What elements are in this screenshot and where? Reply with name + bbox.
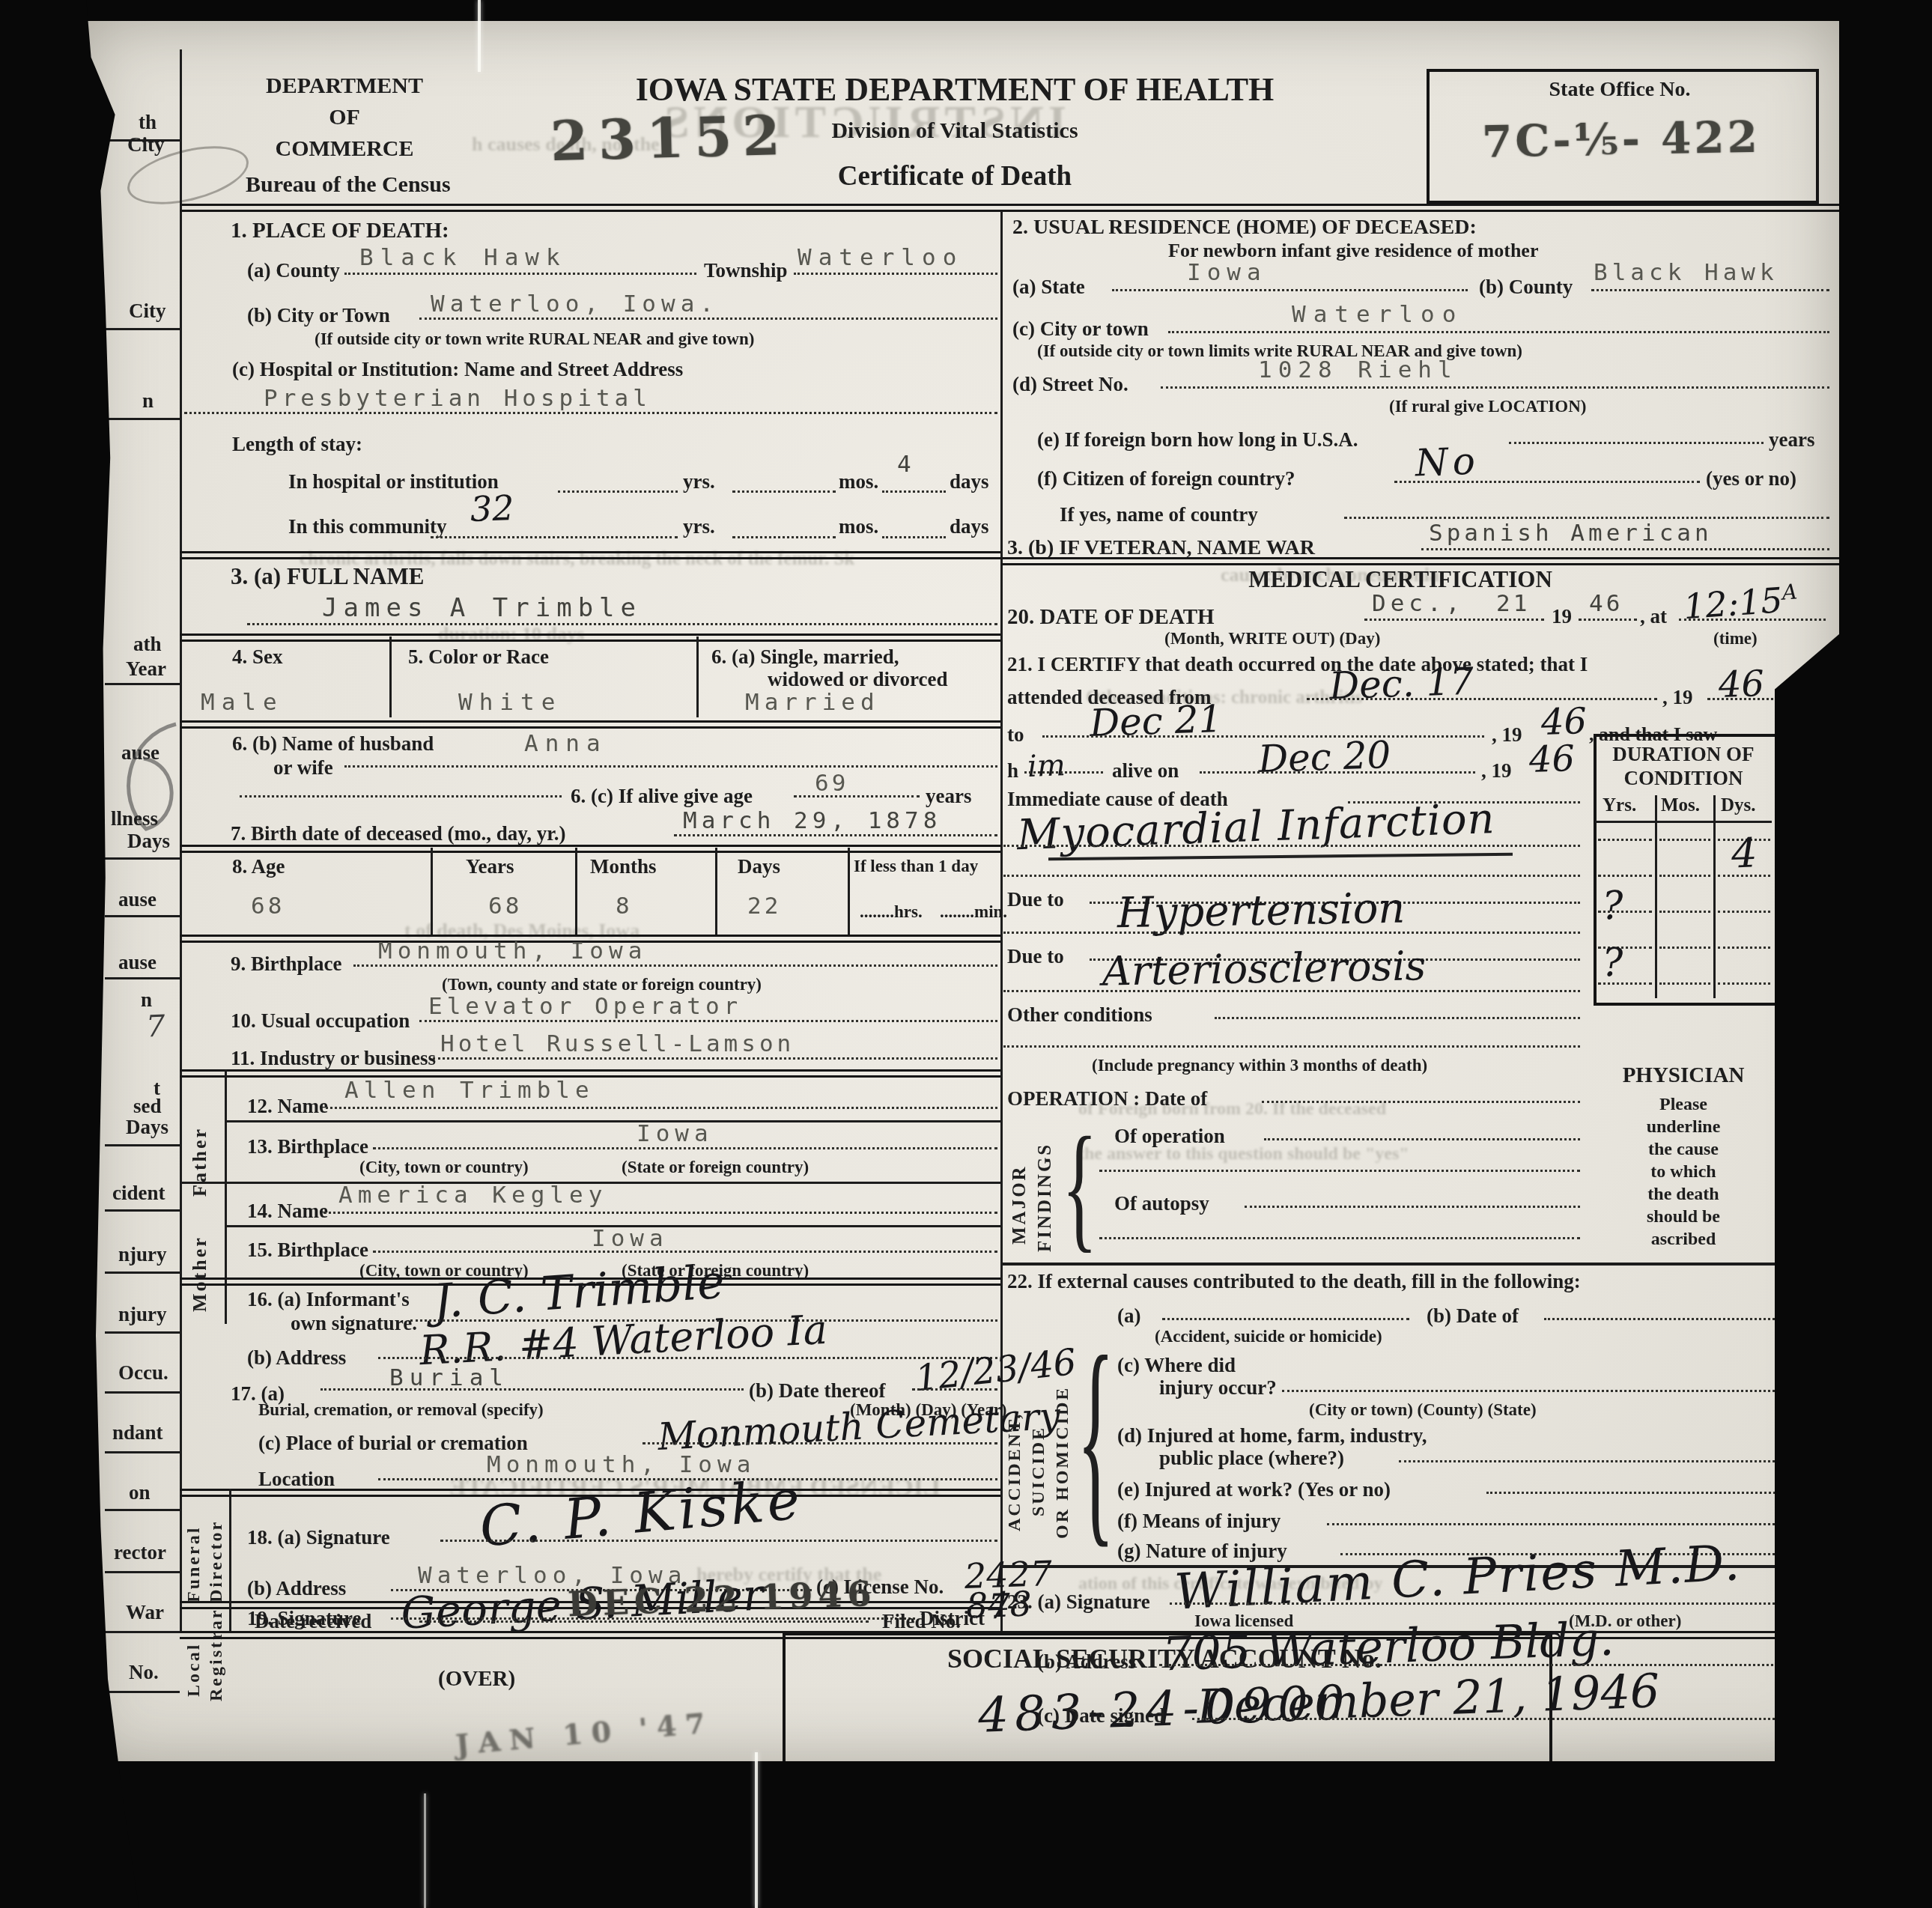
leader-line [321, 1388, 744, 1391]
alive-year: 46 [1528, 738, 1576, 781]
dept-of-commerce: DEPARTMENT [247, 73, 442, 99]
physician-signature-label: 23. (a) Signature [1007, 1590, 1150, 1614]
at-label: , at [1640, 605, 1667, 628]
leader-line [1170, 1602, 1829, 1605]
external-causes-title: 22. If external causes contributed to th… [1007, 1270, 1581, 1293]
dod-month-value: Dec., [1372, 590, 1464, 617]
marital-label: widowed or divorced [768, 668, 948, 691]
leader-line [419, 1620, 869, 1623]
dept-of-commerce: COMMERCE [247, 136, 442, 162]
due-to-1-value: Hypertension [1117, 884, 1405, 938]
injured-at-work-label: (e) Injured at work? (Yes or no) [1117, 1478, 1391, 1501]
time-note: (time) [1713, 629, 1758, 648]
page-subtitle: Division of Vital Statistics [614, 118, 1295, 144]
physician-note-line: ascribed [1594, 1230, 1773, 1250]
leader-line [431, 536, 678, 538]
mos-header: Mos. [1661, 795, 1700, 816]
county-value: Black Hawk [359, 244, 567, 271]
leader-line [1598, 875, 1652, 877]
alive-on-value: Dec 20 [1257, 733, 1391, 781]
mother-birthplace-value: Iowa [592, 1225, 669, 1252]
stub-fragment: City [129, 300, 166, 323]
stub-fragment: ause [118, 951, 157, 974]
stub-fragment: Days [127, 830, 170, 853]
father-section-label: Father [189, 1084, 211, 1197]
leader-line [1003, 1045, 1580, 1048]
industry-value: Hotel Russell-Lamson [440, 1030, 795, 1057]
stub-fragment: ause [118, 888, 157, 911]
him-value: im [1027, 748, 1066, 784]
physician-note-line: underline [1594, 1117, 1773, 1137]
alive-on-label: alive on [1112, 759, 1179, 783]
leader-line [882, 490, 946, 493]
rule [105, 1144, 180, 1146]
place-of-death-title: 1. PLACE OF DEATH: [231, 219, 449, 243]
leader-line [1659, 982, 1710, 985]
physician-title: PHYSICIAN [1594, 1063, 1773, 1088]
funeral-director-section-label: Funeral [184, 1498, 204, 1602]
stub-fragment: on [129, 1481, 151, 1504]
informant-address-label: (b) Address [247, 1346, 346, 1370]
state-value: Iowa [1187, 259, 1267, 286]
attended-from-value: Dec. 17 [1328, 660, 1474, 708]
fd-address-label: (b) Address [247, 1577, 346, 1600]
scanned-death-certificate: INSTRUCTIONS h causes death, not the chr… [0, 0, 1932, 1908]
operation-label: OPERATION : Date of [1007, 1087, 1207, 1111]
section-rule [180, 551, 1000, 559]
father-name-value: Allen Trimble [344, 1077, 595, 1104]
leader-line [558, 490, 678, 493]
informant-label: own signature. [291, 1312, 417, 1335]
leader-line [1659, 947, 1710, 949]
leader-line [1264, 1138, 1580, 1140]
stub-fragment: th [139, 111, 157, 134]
leader-line [1003, 845, 1580, 847]
physician-note-line: Please [1594, 1095, 1773, 1115]
physician-note-line: the cause [1594, 1140, 1773, 1160]
yrs-header: Yrs. [1603, 795, 1636, 816]
burial-spec-note: Burial, cremation, or removal (specify) [258, 1400, 544, 1420]
of-operation-label: Of operation [1114, 1125, 1225, 1148]
dept-of-commerce: OF [247, 105, 442, 130]
days-label: days [950, 515, 989, 538]
mos-label: mos. [839, 515, 878, 538]
hospital-value: Presbyterian Hospital [264, 385, 651, 412]
stub-fragment: sed [133, 1095, 162, 1118]
residence-title: 2. USUAL RESIDENCE (HOME) OF DECEASED: [1012, 216, 1477, 240]
stub-fragment: Year [126, 657, 166, 681]
age-years-value: 68 [488, 893, 522, 920]
birth-date-value: March 29, 1878 [683, 807, 941, 834]
due2-duration-mark: ? [1602, 941, 1624, 986]
stub-fragment: rector [114, 1541, 166, 1564]
leader-line [1192, 1718, 1829, 1720]
leader-line [1718, 911, 1770, 913]
header-rule [180, 204, 1841, 212]
rule [105, 977, 180, 979]
res-city-label: (c) City or town [1012, 318, 1149, 341]
leader-line [326, 1107, 997, 1109]
rule [105, 418, 180, 420]
hrs-label: ........hrs. [860, 902, 923, 922]
document-title: Certificate of Death [614, 160, 1295, 192]
local-registrar-section-label: Local [184, 1607, 204, 1697]
physician-note-line: to which [1594, 1162, 1773, 1182]
marital-value: Married [745, 689, 880, 716]
city-or-town-value: Waterloo, Iowa. [431, 291, 719, 318]
leader-line [1159, 1664, 1829, 1666]
in-community-label: In this community [288, 515, 447, 538]
pregnancy-note: (Include pregnancy within 3 months of de… [1092, 1056, 1427, 1075]
date-signed-label: (c) Date signed [1037, 1704, 1165, 1728]
attended-to-year: 46 [1540, 700, 1588, 744]
street-label: (d) Street No. [1012, 373, 1128, 396]
years-suffix: years [1769, 428, 1814, 452]
leader-line [353, 964, 997, 967]
leader-line [1262, 1101, 1580, 1103]
leader-line [732, 536, 836, 538]
dys-header: Dys. [1721, 795, 1756, 816]
rule [105, 139, 180, 142]
field-divider [696, 636, 699, 717]
other-conditions-label: Other conditions [1007, 1003, 1152, 1027]
leader-line [1679, 619, 1826, 621]
physician-note-line: the death [1594, 1185, 1773, 1205]
rule [105, 328, 180, 330]
rule [105, 1509, 180, 1511]
marital-label: 6. (a) Single, married, [711, 645, 899, 669]
mos-label: mos. [839, 470, 878, 493]
birthplace-note: (State or foreign country) [622, 1158, 809, 1177]
leader-line [1718, 982, 1770, 985]
due-to-label: Due to [1007, 888, 1064, 911]
section-rule [1000, 557, 1841, 565]
stub-fragment: ath [133, 633, 162, 656]
leader-line [643, 1442, 997, 1444]
leader-line [674, 834, 997, 836]
stub-fragment: cident [112, 1182, 165, 1205]
leader-line [732, 490, 836, 493]
duration-col-line [1655, 795, 1657, 998]
leader-line [1718, 947, 1770, 949]
h-label: h [1007, 759, 1018, 783]
due1-duration-mark: ? [1602, 884, 1624, 929]
spouse-age-value: 69 [815, 770, 848, 797]
occupation-value: Elevator Operator [428, 993, 742, 1020]
field-divider [229, 1489, 231, 1601]
leader-line [1659, 875, 1710, 877]
veteran-war-value: Spanish American [1429, 520, 1713, 547]
city-or-town-label: (b) City or Town [247, 304, 390, 327]
time-am-sup: A [1781, 579, 1798, 604]
leader-line [1344, 517, 1829, 519]
accident-section-label: SUICIDE [1029, 1329, 1049, 1516]
township-value: Waterloo [798, 244, 963, 271]
film-margin-top [0, 0, 1932, 21]
burial-location-label: Location [258, 1468, 335, 1491]
where-injury-label: (c) Where did [1117, 1354, 1236, 1377]
leader-line [240, 795, 562, 797]
leader-line [1307, 698, 1657, 700]
field-divider [848, 848, 850, 936]
form-left-border [180, 49, 182, 1632]
street-value: 1028 Riehl [1258, 356, 1458, 383]
certify-text: 21. I CERTIFY that death occurred on the… [1007, 653, 1588, 676]
industry-label: 11. Industry or business [231, 1047, 436, 1070]
leader-line [1003, 875, 1580, 877]
due-to-2-value: Arteriosclerosis [1102, 942, 1426, 995]
leader-line [1161, 386, 1829, 389]
in-hospital-label: In hospital or institution [288, 470, 499, 493]
section-rule [180, 634, 1000, 642]
leader-line [1003, 990, 1580, 992]
days-label: days [950, 470, 989, 493]
medical-cert-title: MEDICAL CERTIFICATION [1063, 566, 1737, 593]
field-divider [225, 1182, 227, 1324]
age-value: 68 [251, 893, 285, 920]
yrs-label: yrs. [683, 470, 715, 493]
filed-no-label: Filed No. [882, 1610, 961, 1633]
field-divider [715, 848, 717, 936]
leader-line [1112, 289, 1468, 291]
injured-at-home-label: public place (where?) [1159, 1447, 1344, 1470]
attended-to-value: Dec 21 [1089, 697, 1223, 745]
local-registrar-section-label: Registrar [207, 1604, 227, 1701]
leader-line [1003, 932, 1580, 934]
if-alive-age-label: 6. (c) If alive give age [571, 785, 753, 808]
age-months-value: 8 [616, 893, 633, 920]
accident-section-label: ACCIDENT, [1005, 1314, 1025, 1531]
state-office-no-label: State Office No. [1427, 78, 1813, 102]
leader-line [794, 273, 997, 275]
spouse-label: 6. (b) Name of husband [232, 732, 434, 756]
date-received-label2: Date received [255, 1610, 371, 1633]
leader-line [912, 1388, 997, 1391]
leader-line [184, 412, 997, 414]
duration-col-line [1713, 795, 1716, 998]
rule [105, 1571, 180, 1573]
age-months-header: Months [590, 855, 657, 878]
over-label: (OVER) [438, 1667, 515, 1692]
rural-location-note: (If rural give LOCATION) [1389, 397, 1586, 416]
stub-fragment: City [127, 133, 165, 157]
rule [105, 1209, 180, 1212]
leader-line [1598, 839, 1652, 841]
rule [105, 857, 180, 860]
rule [105, 1391, 180, 1394]
leader-line [419, 318, 997, 320]
citizen-label: (f) Citizen of foreign country? [1037, 467, 1295, 490]
full-name-label: 3. (a) FULL NAME [231, 563, 424, 590]
due-to-label: Due to [1007, 945, 1064, 968]
hospital-label: (c) Hospital or Institution: Name and St… [232, 358, 683, 381]
of-autopsy-label: Of autopsy [1114, 1192, 1209, 1215]
res-city-value: Waterloo [1292, 301, 1463, 328]
community-years-value: 32 [470, 487, 514, 529]
birth-date-label: 7. Birth date of deceased (mo., day, yr.… [231, 822, 565, 845]
leader-line [1659, 839, 1710, 841]
stub-fragment: njury [118, 1303, 167, 1326]
mother-birthplace-label: 15. Birthplace [247, 1239, 368, 1262]
city-county-state-note: (City or town) (County) (State) [1309, 1400, 1537, 1420]
citizen-value: No [1415, 440, 1480, 485]
rule [1000, 1263, 1841, 1266]
leader-line [1421, 548, 1829, 550]
accident-a-label: (a) [1117, 1304, 1140, 1328]
findings-brace: { [1062, 1107, 1098, 1269]
state-office-no-value: 7C-⅕- 422 [1441, 111, 1801, 168]
nineteen-label: 19 [1552, 605, 1572, 628]
race-value: White [458, 689, 562, 716]
res-county-value: Black Hawk [1594, 259, 1778, 286]
rule [105, 1451, 180, 1453]
duration-title: CONDITION [1594, 767, 1773, 790]
page-title: IOWA STATE DEPARTMENT OF HEALTH [614, 70, 1295, 109]
birthplace-label: 9. Birthplace [231, 953, 342, 976]
leader-line [1024, 771, 1103, 774]
to-label: to [1007, 723, 1024, 747]
rule [105, 683, 180, 685]
burial-method-value: Burial [389, 1364, 509, 1391]
occupation-label: 10. Usual occupation [231, 1009, 410, 1033]
field-divider [389, 636, 392, 717]
comma-19: , 19 [1492, 723, 1522, 747]
hospital-stay-days-value: 4 [897, 451, 914, 478]
stub-fragment: njury [118, 1243, 167, 1266]
leader-line [440, 1540, 997, 1542]
rule [1595, 821, 1772, 823]
stub-fragment: War [126, 1601, 164, 1624]
stub-fragment: ndant [112, 1421, 163, 1444]
leader-line [1579, 619, 1637, 621]
accident-a-note: (Accident, suicide or homicide) [1155, 1327, 1382, 1346]
date-thereof-label: (b) Date thereof [749, 1379, 885, 1403]
mother-name-value: America Kegley [338, 1182, 607, 1209]
length-of-stay-label: Length of stay: [232, 433, 362, 456]
leader-line [1162, 1318, 1409, 1320]
stub-fragment: No. [129, 1661, 159, 1684]
leader-line [344, 273, 696, 275]
state-label: (a) State [1012, 276, 1085, 299]
sex-value: Male [201, 689, 284, 716]
leader-line [1245, 1206, 1580, 1208]
film-margin-bottom [0, 1761, 1932, 1908]
sex-label: 4. Sex [232, 645, 283, 669]
leader-line [373, 1147, 997, 1149]
leader-line [1168, 331, 1829, 333]
dod-note: (Month, WRITE OUT) (Day) [1164, 629, 1380, 648]
full-name-value: James A Trimble [322, 593, 642, 623]
leader-line [1364, 619, 1544, 621]
rule [105, 915, 180, 917]
leader-line [1591, 289, 1829, 291]
yrs-label: yrs. [683, 515, 715, 538]
race-label: 5. Color or Race [408, 645, 549, 669]
age-days-value: 22 [747, 893, 781, 920]
comma-19: , 19 [1662, 686, 1693, 709]
county-label: (a) County [247, 259, 340, 282]
field-divider [229, 1601, 231, 1632]
field-divider [575, 848, 577, 936]
cause-duration-days: 4 [1731, 829, 1758, 877]
section-rule [180, 720, 1000, 729]
field-divider [431, 848, 433, 936]
section-rule [180, 845, 1000, 853]
dod-year-value: 46 [1589, 590, 1623, 617]
film-scratch [424, 1793, 426, 1908]
spouse-name-value: Anna [524, 730, 607, 757]
rule [105, 1691, 180, 1693]
comma-19: , 19 [1481, 759, 1512, 783]
father-birthplace-label: 13. Birthplace [247, 1135, 368, 1158]
mother-name-label: 14. Name [247, 1200, 328, 1223]
yes-or-no-note: (yes or no) [1706, 467, 1796, 490]
age-days-header: Days [738, 855, 780, 878]
birthplace-note: (City, town or country) [359, 1158, 529, 1177]
age-label: 8. Age [232, 855, 285, 878]
rule [105, 1272, 180, 1274]
birthplace-note: (Town, county and state or foreign count… [442, 975, 762, 994]
film-scratch [755, 1752, 758, 1908]
leader-line [1399, 1460, 1829, 1462]
leader-line [1200, 771, 1475, 774]
funeral-director-section-label: Director [207, 1498, 227, 1602]
foreign-born-label: (e) If foreign born how long in U.S.A. [1037, 428, 1358, 452]
leader-line [433, 1057, 997, 1060]
leader-line [373, 1251, 997, 1253]
rule [105, 1631, 180, 1633]
birthplace-value: Monmouth, Iowa [378, 938, 647, 964]
spouse-label: or wife [273, 756, 333, 780]
stub-fragment: Days [126, 1116, 168, 1139]
where-injury-label: injury occur? [1159, 1376, 1277, 1400]
leader-line [378, 1357, 997, 1359]
duration-title: DURATION OF [1594, 743, 1773, 766]
accident-section-label: OR HOMICIDE [1053, 1307, 1073, 1539]
means-of-injury-label: (f) Means of injury [1117, 1510, 1281, 1533]
rule [105, 1331, 180, 1334]
leader-line [1327, 1523, 1829, 1525]
mother-section-label: Mother [189, 1192, 211, 1312]
father-name-label: 12. Name [247, 1095, 328, 1118]
informant-label: 16. (a) Informant's [247, 1288, 410, 1311]
rural-note: (If outside city or town write RURAL NEA… [315, 329, 754, 349]
accident-b-label: (b) Date of [1427, 1304, 1519, 1328]
township-label: Township [704, 259, 788, 282]
accident-brace: { [1077, 1304, 1114, 1572]
major-findings-label: FINDINGS [1035, 1110, 1056, 1252]
leader-line [1215, 1017, 1580, 1019]
dod-day-value: 21 [1496, 590, 1530, 617]
film-margin-right-lower [1775, 633, 1932, 1763]
less-than-day-header: If less than 1 day [854, 857, 978, 876]
film-margin-right-upper [1839, 0, 1932, 638]
leader-line [1099, 1170, 1580, 1172]
physician-note-line: should be [1594, 1207, 1773, 1227]
leader-line [1099, 1237, 1580, 1239]
rule [225, 1120, 1000, 1122]
date-of-death-label: 20. DATE OF DEATH [1007, 605, 1215, 630]
leader-line [1394, 481, 1700, 483]
leader-line [882, 536, 946, 538]
leader-line [344, 765, 997, 768]
name-of-country-label: If yes, name of country [1060, 503, 1258, 526]
stub-fragment: llness [111, 807, 158, 830]
res-county-label: (b) County [1479, 276, 1573, 299]
stub-fragment: n [142, 389, 154, 413]
stub-handwritten-7: 7 [145, 1009, 165, 1045]
major-findings-label: MAJOR [1009, 1117, 1030, 1245]
